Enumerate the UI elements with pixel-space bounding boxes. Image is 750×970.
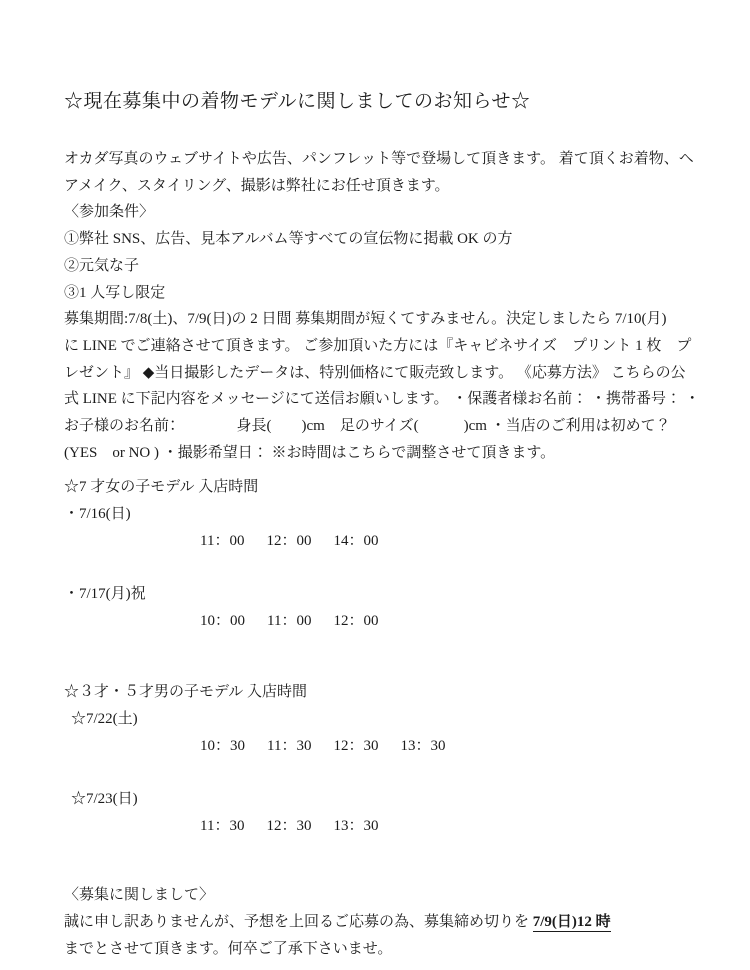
schedule-heading: ☆7 才女の子モデル 入店時間 xyxy=(64,474,696,501)
intro-line: に LINE でご連絡させて頂きます。 ご参加頂いた方には『キャビネサイズ プリ… xyxy=(64,333,696,360)
schedule-times: 10：0011：0012：00 xyxy=(170,581,400,661)
intro-line: オカダ写真のウェブサイトや広告、パンフレット等で登場して頂きます。 着て頂くお着… xyxy=(64,146,696,173)
schedule-date: ☆7/23(日) xyxy=(71,786,170,866)
schedule-time: 11：30 xyxy=(267,738,311,754)
schedule-row: ☆7/22(土) 10：3011：3012：3013：30 xyxy=(64,706,696,786)
schedule-times: 11：3012：3013：30 xyxy=(170,786,400,866)
closing-text-line-1: 誠に申し訳ありませんが、予想を上回るご応募の為、募集締め切りを 7/9(日)12… xyxy=(64,909,696,936)
closing-heading: 〈募集に関しまして〉 xyxy=(64,882,696,909)
schedule-times: 11：0012：0014：00 xyxy=(170,501,400,581)
notice-document: ☆現在募集中の着物モデルに関しましてのお知らせ☆ オカダ写真のウェブサイトや広告… xyxy=(64,86,696,962)
document-page: { "page": { "title": "☆現在募集中の着物モデルに関しまして… xyxy=(0,0,750,970)
schedule-time: 11：00 xyxy=(267,613,311,629)
schedule-time: 14：00 xyxy=(333,533,378,549)
schedule-time: 12：00 xyxy=(333,613,378,629)
schedule-row: ・7/17(月)祝 10：0011：0012：00 xyxy=(64,581,696,661)
intro-line: アメイク、スタイリング、撮影は弊社にお任せ頂きます。 xyxy=(64,173,696,200)
intro-line: ②元気な子 xyxy=(64,253,696,280)
schedule-section-boys-3-5: ☆３才・５才男の子モデル 入店時間 ☆7/22(土) 10：3011：3012：… xyxy=(64,679,696,866)
intro-line: 式 LINE に下記内容をメッセージにて送信お願いします。 ・保護者様お名前： … xyxy=(64,386,696,413)
schedule-row: ・7/16(日) 11：0012：0014：00 xyxy=(64,501,696,581)
schedule-time: 10：30 xyxy=(200,738,245,754)
schedule-section-girls-7: ☆7 才女の子モデル 入店時間 ・7/16(日) 11：0012：0014：00… xyxy=(64,474,696,661)
closing-text-line-2: までとさせて頂きます。何卒ご了承下さいませ。 xyxy=(64,936,696,963)
schedule-date: ☆7/22(土) xyxy=(71,706,170,786)
intro-line: レゼント』 ◆当日撮影したデータは、特別価格にて販売致します。 《応募方法》 こ… xyxy=(64,360,696,387)
closing-text-prefix: 誠に申し訳ありませんが、予想を上回るご応募の為、募集締め切りを xyxy=(64,914,533,930)
schedule-date: ・7/17(月)祝 xyxy=(64,581,170,661)
intro-line: ①弊社 SNS、広告、見本アルバム等すべての宣伝物に掲載 OK の方 xyxy=(64,226,696,253)
schedule-heading: ☆３才・５才男の子モデル 入店時間 xyxy=(64,679,696,706)
schedule-time: 11：00 xyxy=(200,533,244,549)
intro-line: (YES or NO ) ・撮影希望日： ※お時間はこちらで調整させて頂きます。 xyxy=(64,440,696,467)
page-title: ☆現在募集中の着物モデルに関しましてのお知らせ☆ xyxy=(64,86,696,113)
schedule-time: 12：00 xyxy=(266,533,311,549)
intro-line: お子様のお名前： 身長( )cm 足のサイズ( )cm ・当店のご利用は初めて？ xyxy=(64,413,696,440)
schedule-time: 13：30 xyxy=(333,818,378,834)
schedule-time: 10：00 xyxy=(200,613,245,629)
schedule-date: ・7/16(日) xyxy=(64,501,170,581)
schedule-time: 12：30 xyxy=(266,818,311,834)
schedule-row: ☆7/23(日) 11：3012：3013：30 xyxy=(64,786,696,866)
intro-line: 〈参加条件〉 xyxy=(64,199,696,226)
schedule-time: 11：30 xyxy=(200,818,244,834)
deadline-text: 7/9(日)12 時 xyxy=(533,914,611,932)
schedule-time: 12：30 xyxy=(333,738,378,754)
closing-section: 〈募集に関しまして〉 誠に申し訳ありませんが、予想を上回るご応募の為、募集締め切… xyxy=(64,882,696,962)
intro-line: 募集期間:7/8(土)、7/9(日)の 2 日間 募集期間が短くてすみません。決… xyxy=(64,306,696,333)
schedule-times: 10：3011：3012：3013：30 xyxy=(170,706,468,786)
schedule-time: 13：30 xyxy=(400,738,445,754)
intro-paragraph: オカダ写真のウェブサイトや広告、パンフレット等で登場して頂きます。 着て頂くお着… xyxy=(64,146,696,466)
intro-line: ③1 人写し限定 xyxy=(64,280,696,307)
